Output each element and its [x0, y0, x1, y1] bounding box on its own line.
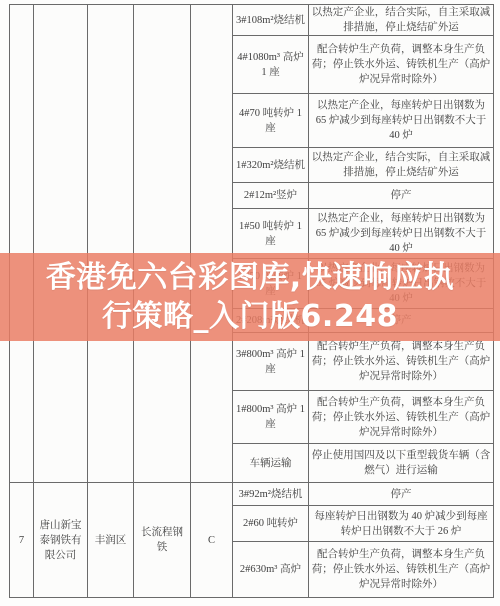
grade-cell: C	[191, 483, 233, 598]
measure-cell: 停产	[309, 483, 494, 506]
table-row: 7唐山新宝泰钢铁有限公司丰润区长流程钢铁C3#92m²烧结机停产	[10, 483, 494, 506]
document-page: 3#108m²烧结机以热定产企业，结合实际，自主采取减排措施，停止烧结矿外运4#…	[0, 0, 500, 606]
district-cell	[88, 5, 134, 483]
equipment-cell: 车辆运输	[233, 444, 309, 483]
equipment-cell: 3#800m³ 高炉 1 座	[233, 333, 309, 391]
equipment-cell: 2#12m²竖炉	[233, 183, 309, 209]
equipment-cell: 1#800m³ 高炉 1 座	[233, 391, 309, 444]
industry-cell	[134, 5, 191, 483]
equipment-cell: 2#60 吨转炉	[233, 506, 309, 542]
measure-cell: 以热定产企业，结合实际，自主采取减排措施，停止烧结矿外运	[309, 5, 494, 36]
district-cell: 丰润区	[88, 483, 134, 598]
measure-cell: 以热定产企业，每座转炉日出钢数为 65 炉减少到每座转炉日出钢数不大于 40 炉	[309, 94, 494, 148]
measure-cell: 停产	[309, 183, 494, 209]
equipment-cell: 4#1080m³ 高炉 1 座	[233, 36, 309, 94]
grade-cell	[191, 5, 233, 483]
equipment-cell: 1#50 吨转炉 1 座	[233, 209, 309, 259]
equipment-cell: 4#70 吨转炉 1 座	[233, 94, 309, 148]
measure-cell: 以热定产企业，每座转炉日出钢数为 65 炉减少到每座转炉日出钢数不大于 40 炉	[309, 209, 494, 259]
seq-cell	[10, 5, 34, 483]
measure-cell: 停止使用国四及以下重型载货车辆（含燃气）进行运输	[309, 444, 494, 483]
measure-cell: 以热定产企业，结合实际，自主采取减排措施，停止烧结矿外运	[309, 148, 494, 183]
equipment-cell: 2#630m³ 高炉	[233, 542, 309, 598]
table-row: 3#108m²烧结机以热定产企业，结合实际，自主采取减排措施，停止烧结矿外运	[10, 5, 494, 36]
watermark-text-line1: 香港免六台彩图库,快速响应执	[46, 258, 454, 297]
measure-cell: 配合转炉生产负荷，调整本身生产负荷；停止铁水外运、铸铁机生产（高炉炉况异常时除外…	[309, 542, 494, 598]
equipment-cell: 1#320m²烧结机	[233, 148, 309, 183]
equipment-cell: 3#92m²烧结机	[233, 483, 309, 506]
watermark-banner: 香港免六台彩图库,快速响应执 行策略_入门版6.248	[0, 253, 500, 341]
equipment-cell: 3#108m²烧结机	[233, 5, 309, 36]
company-cell: 唐山新宝泰钢铁有限公司	[34, 483, 88, 598]
measure-cell: 配合转炉生产负荷，调整本身生产负荷；停止铁水外运、铸铁机生产（高炉炉况异常时除外…	[309, 333, 494, 391]
measure-cell: 配合转炉生产负荷，调整本身生产负荷；停止铁水外运、铸铁机生产（高炉炉况异常时除外…	[309, 391, 494, 444]
industry-cell: 长流程钢铁	[134, 483, 191, 598]
company-cell	[34, 5, 88, 483]
seq-cell: 7	[10, 483, 34, 598]
watermark-text-line2: 行策略_入门版6.248	[102, 297, 398, 336]
measure-cell: 配合转炉生产负荷，调整本身生产负荷；停止铁水外运、铸铁机生产（高炉炉况异常时除外…	[309, 36, 494, 94]
measure-cell: 每座转炉日出钢数为 40 炉减少到每座转炉日出钢数不大于 26 炉	[309, 506, 494, 542]
